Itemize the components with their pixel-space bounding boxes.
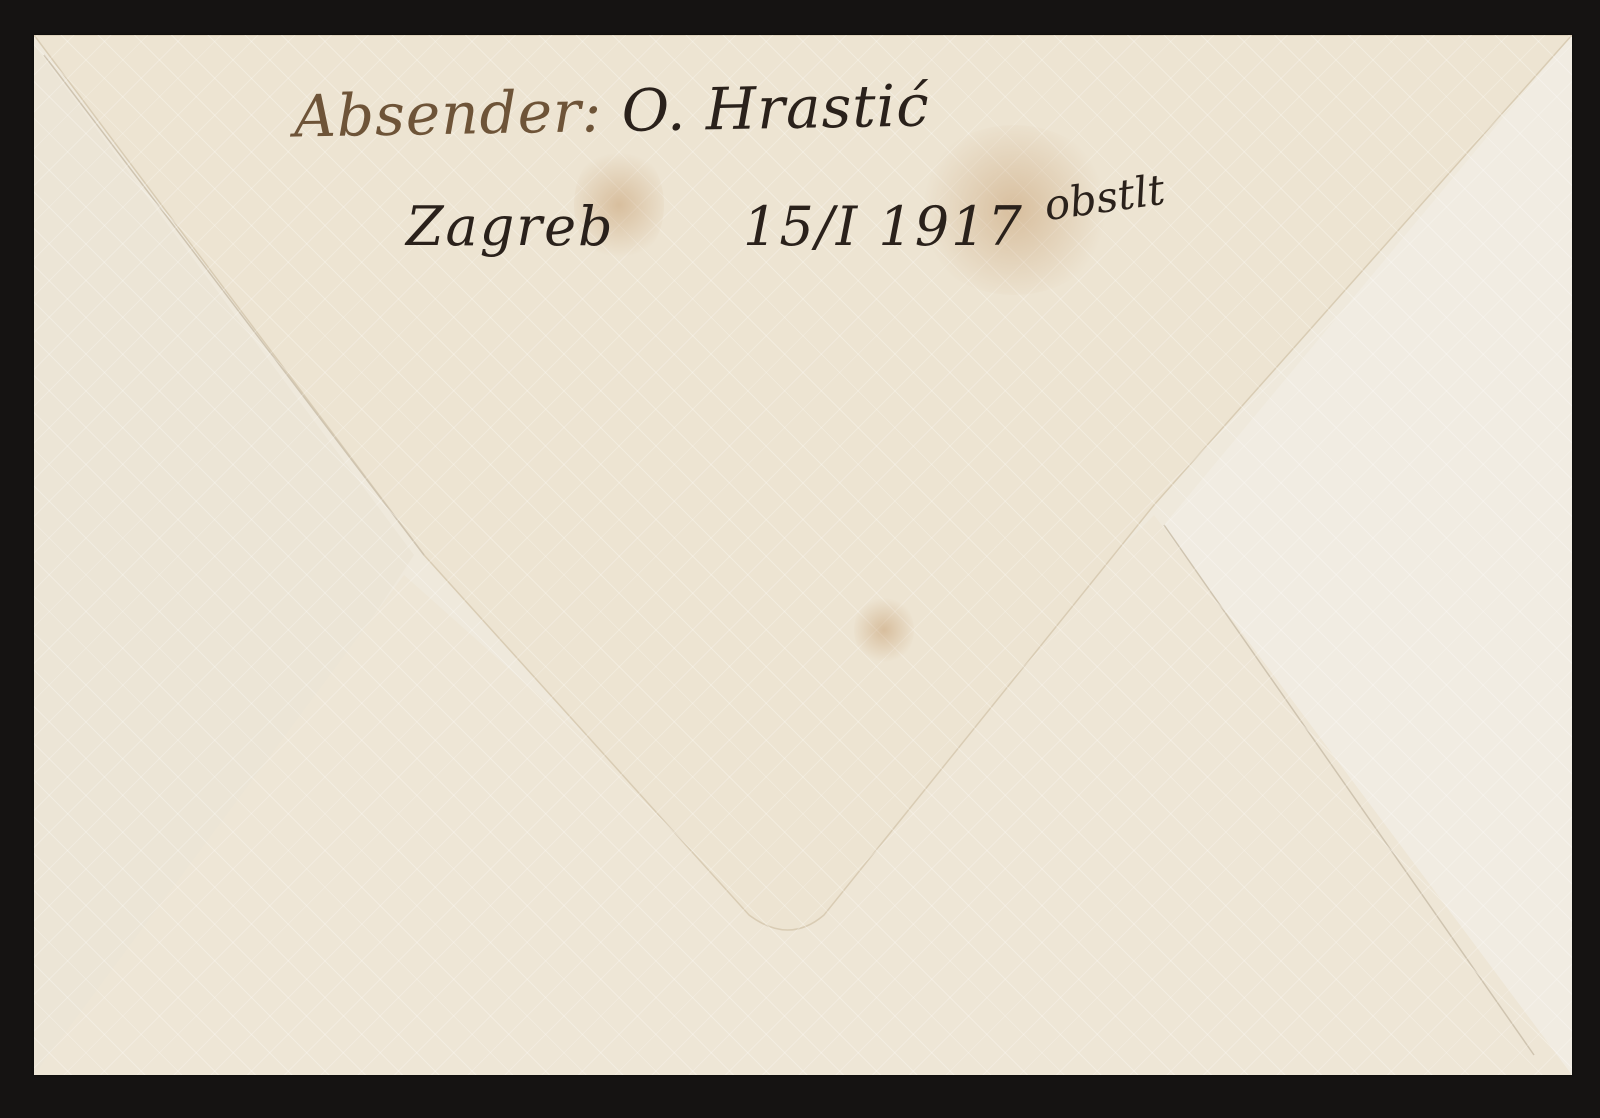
ink-stain — [854, 595, 914, 665]
envelope-flaps — [34, 35, 1572, 1075]
sender-label: Absender: — [293, 77, 602, 150]
envelope-back: Absender: O. Hrastić obstlt Zagreb 15/I … — [34, 35, 1572, 1075]
date: 15/I 1917 — [743, 195, 1024, 258]
sender-name: O. Hrastić — [621, 71, 930, 144]
place-date-line: Zagreb 15/I 1917 — [406, 195, 1024, 258]
place: Zagreb — [406, 195, 615, 258]
sender-line: Absender: O. Hrastić — [293, 71, 930, 150]
